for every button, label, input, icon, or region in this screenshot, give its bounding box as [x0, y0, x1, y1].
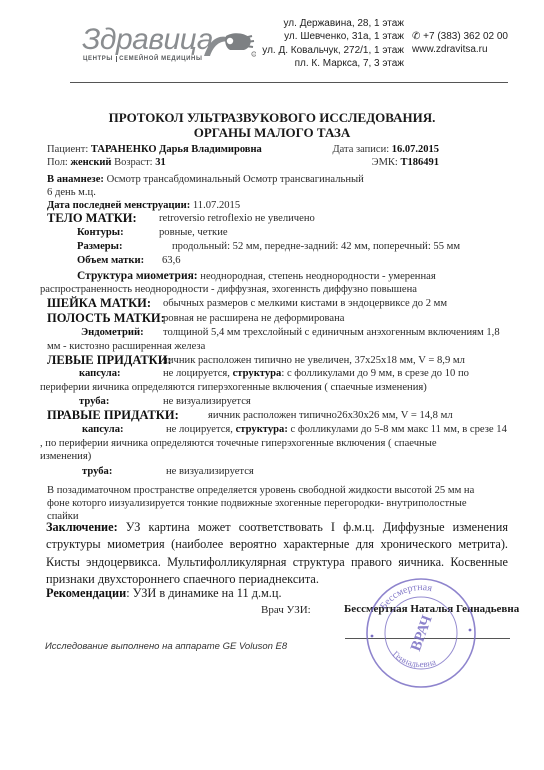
- age-label: Возраст:: [114, 157, 152, 168]
- conclusion-label: Заключение:: [46, 520, 118, 534]
- right-tube-value: не визуализируется: [166, 466, 254, 477]
- uterus-position: retroversio retroflexio не увеличено: [159, 213, 315, 224]
- record-date-row: Дата записи: 16.07.2015: [332, 144, 439, 155]
- free-fluid-line1: В позадиматочном пространстве определяет…: [47, 485, 474, 496]
- clinic-contacts: ✆ +7 (383) 362 02 00 www.zdravitsa.ru: [412, 30, 508, 56]
- phone-icon: ✆: [412, 31, 420, 42]
- clinic-logo-text: Здравица: [82, 23, 213, 57]
- left-structure-text: : с фолликулами до 9 мм, в срезе до 10 п…: [281, 368, 469, 379]
- myometrium-text: неоднородная, степень неоднородности - у…: [200, 271, 435, 282]
- lmp-label: Дата последней менструации:: [47, 200, 190, 211]
- left-capsule-row: не лоцируется, структура: с фолликулами …: [163, 368, 469, 379]
- record-date: 16.07.2015: [392, 144, 439, 155]
- tagline-part2: СЕМЕЙНОЙ МЕДИЦИНЫ: [116, 56, 202, 62]
- recommendations-row: Рекомендации: УЗИ в динамике на 11 д.м.ц…: [46, 586, 282, 601]
- left-structure-label: структура: [233, 368, 282, 379]
- recommendations-label: Рекомендации: [46, 586, 126, 600]
- right-capsule-label: капсула:: [82, 424, 124, 435]
- endometrium-value: толщиной 5,4 мм трехслойный с единичным …: [163, 327, 500, 338]
- right-capsule-row: не лоцируется, структура: с фолликулами …: [166, 424, 507, 435]
- emk-number: T186491: [400, 157, 439, 168]
- right-structure-label: структура:: [236, 424, 288, 435]
- cycle-day: 6 день м.ц.: [47, 187, 96, 198]
- volume-value: 63,6: [162, 255, 181, 266]
- free-fluid-line2: фоне которго иизуализируется тонкие подв…: [47, 498, 467, 509]
- lmp-date: 11.07.2015: [193, 200, 240, 211]
- volume-label: Объем матки:: [77, 255, 144, 266]
- header-divider: [70, 82, 508, 83]
- left-ovary-value: яичник расположен типично не увеличен, 3…: [163, 355, 465, 366]
- myometrium-text-cont: распространенность неоднородности - дифф…: [40, 284, 417, 295]
- left-tube-value: не визуализируется: [163, 396, 251, 407]
- right-adnexa-heading: ПРАВЫЕ ПРИДАТКИ:: [47, 408, 179, 423]
- address-line: ул. Державина, 28, 1 этаж: [262, 17, 404, 30]
- endometrium-label: Эндометрий:: [81, 327, 144, 338]
- contours-label: Контуры:: [77, 227, 124, 238]
- right-ovary-value: яичник расположен типично26x30x26 мм, V …: [208, 410, 453, 421]
- myometrium-label: Структура миометрия:: [77, 270, 198, 282]
- patient-name-label: Пациент:: [47, 144, 88, 155]
- lmp-row: Дата последней менструации: 11.07.2015: [47, 200, 240, 211]
- doctor-role: Врач УЗИ:: [261, 604, 311, 616]
- size-value: продольный: 52 мм, передне-задний: 42 мм…: [172, 241, 460, 252]
- emk-row: ЭМК: T186491: [372, 157, 439, 168]
- dove-hand-logo-icon: ®: [200, 28, 256, 60]
- anamnesis-row: В анамнезе: Осмотр трансабдоминальный Ос…: [47, 174, 364, 185]
- left-structure-text-cont: периферии яичника определяются гиперэхог…: [40, 382, 427, 393]
- address-line: ул. Д. Ковальчук, 272/1, 1 этаж: [262, 44, 404, 57]
- patient-sex: женский: [70, 157, 111, 168]
- record-date-label: Дата записи:: [332, 144, 389, 155]
- svg-text:Геннадьевна: Геннадьевна: [391, 649, 437, 669]
- left-adnexa-heading: ЛЕВЫЕ ПРИДАТКИ:: [47, 353, 172, 368]
- document-title-line2: ОРГАНЫ МАЛОГО ТАЗА: [0, 125, 544, 141]
- cervix-value: обычных размеров с мелкими кистами в энд…: [163, 298, 447, 309]
- contours-value: ровные, четкие: [159, 227, 228, 238]
- endometrium-value-cont: мм - кистозно расширенная железа: [47, 341, 205, 352]
- sex-label: Пол:: [47, 157, 68, 168]
- size-label: Размеры:: [77, 241, 122, 252]
- address-line: пл. К. Маркса, 7, 3 этаж: [262, 57, 404, 70]
- clinic-website: www.zdravitsa.ru: [412, 43, 508, 56]
- myometrium-row: Структура миометрия: неоднородная, степе…: [77, 270, 436, 282]
- equipment-note: Исследование выполнено на аппарате GE Vo…: [45, 641, 287, 652]
- document-title-line1: ПРОТОКОЛ УЛЬТРАЗВУКОВОГО ИССЛЕДОВАНИЯ.: [0, 110, 544, 126]
- right-structure-text: с фолликулами до 5-8 мм макс 11 мм, в ср…: [291, 424, 507, 435]
- right-capsule-text: не лоцируется,: [166, 424, 233, 435]
- clinic-logo-tagline: ЦЕНТРЫ СЕМЕЙНОЙ МЕДИЦИНЫ: [83, 56, 202, 62]
- doctor-stamp-icon: Бессмертная Геннадьевна ВРАЧ: [362, 574, 480, 692]
- anamnesis-label: В анамнезе:: [47, 174, 104, 185]
- left-capsule-text: не лоцируется,: [163, 368, 230, 379]
- cavity-value: ровная не расширена не деформирована: [163, 313, 345, 324]
- cavity-heading: ПОЛОСТЬ МАТКИ:: [47, 311, 165, 326]
- left-capsule-label: капсула:: [79, 368, 121, 379]
- clinic-addresses: ул. Державина, 28, 1 этаж ул. Шевченко, …: [262, 17, 404, 70]
- right-tube-label: труба:: [82, 466, 112, 477]
- cervix-heading: ШЕЙКА МАТКИ:: [47, 296, 151, 311]
- tagline-part1: ЦЕНТРЫ: [83, 56, 113, 62]
- emk-label: ЭМК:: [372, 157, 398, 168]
- anamnesis-text: Осмотр трансабдоминальный Осмотр трансва…: [107, 174, 364, 185]
- patient-name-row: Пациент: ТАРАНЕНКО Дарья Владимировна: [47, 144, 262, 155]
- svg-text:ВРАЧ: ВРАЧ: [408, 613, 436, 653]
- left-tube-label: труба:: [79, 396, 109, 407]
- patient-sex-age-row: Пол: женский Возраст: 31: [47, 157, 166, 168]
- patient-name: ТАРАНЕНКО Дарья Владимировна: [91, 144, 262, 155]
- clinic-phone: +7 (383) 362 02 00: [423, 31, 508, 42]
- uterus-heading: ТЕЛО МАТКИ:: [47, 211, 137, 226]
- patient-age: 31: [155, 157, 166, 168]
- right-structure-text-cont2: изменения): [40, 451, 91, 462]
- recommendations-text: : УЗИ в динамике на 11 д.м.ц.: [126, 586, 281, 600]
- address-line: ул. Шевченко, 31a, 1 этаж: [262, 30, 404, 43]
- right-structure-text-cont: , по периферии яичника определяются точе…: [40, 438, 437, 449]
